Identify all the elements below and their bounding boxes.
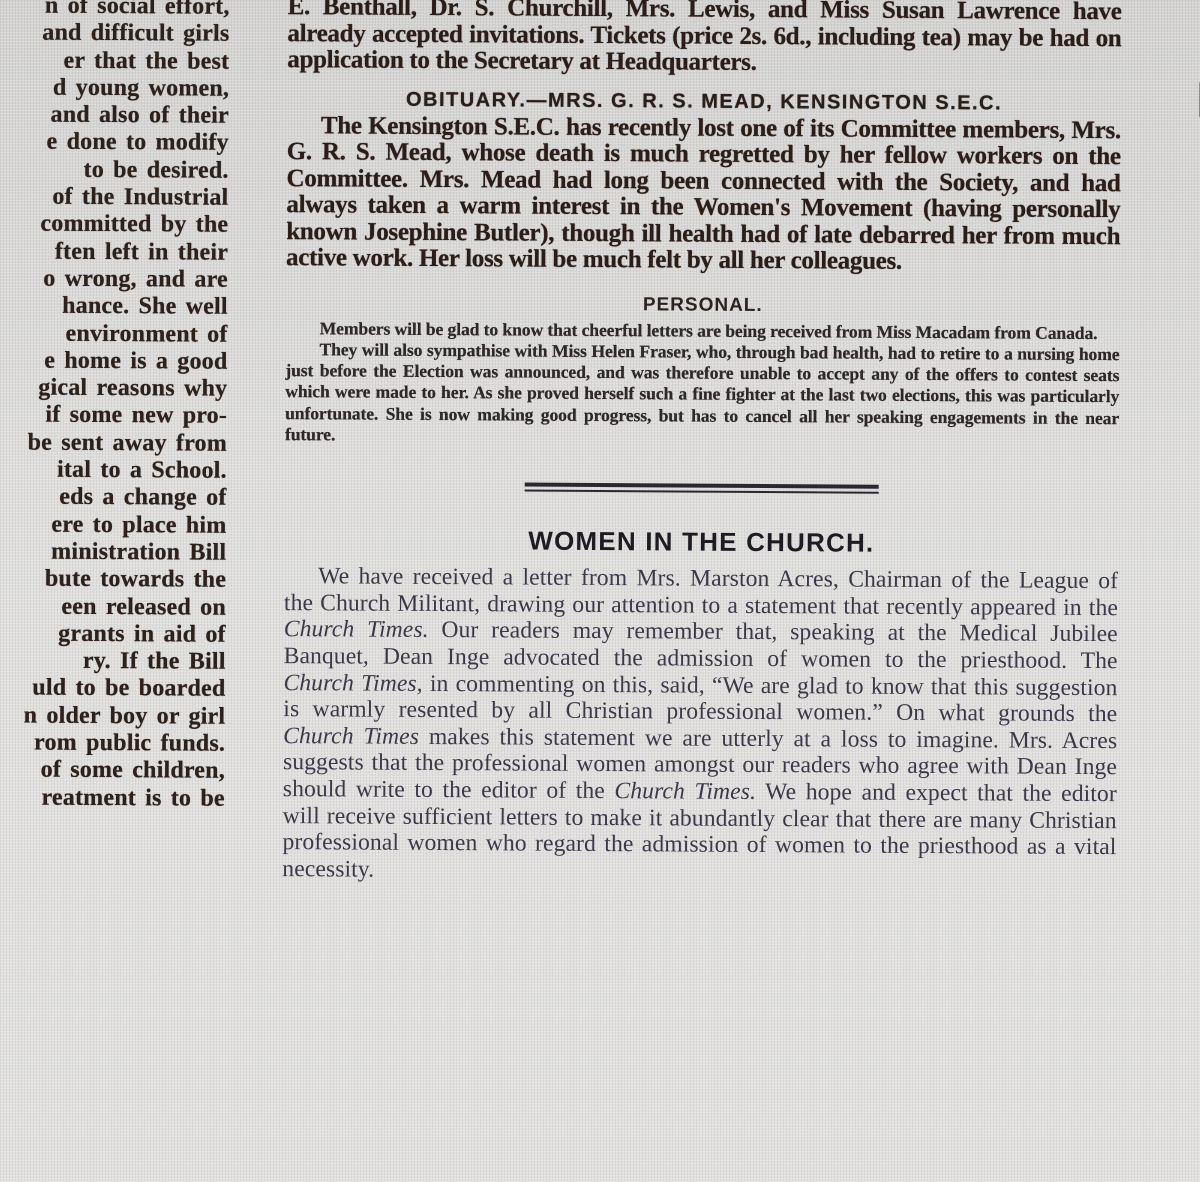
intro-paragraph: E. Benthall, Dr. S. Churchill, Mrs. Lewi… <box>287 0 1121 79</box>
text-line: committed by the <box>0 211 228 240</box>
publication-title: Church Times. <box>614 778 756 805</box>
obituary-text: The Kensington S.E.C. has recently lost … <box>286 113 1121 277</box>
personal-paragraph-2: They will also sympathise with Miss Hele… <box>285 339 1120 451</box>
text-line: to be desired. <box>0 156 229 185</box>
section-divider <box>525 483 879 494</box>
text-line: grants in aid of <box>0 620 226 649</box>
main-column: E. Benthall, Dr. S. Churchill, Mrs. Lewi… <box>282 0 1121 888</box>
text-line: ften left in their <box>0 238 228 267</box>
text-line: hance. She well <box>0 293 228 322</box>
text-line: and difficult girls <box>0 20 230 49</box>
text-line: environment of <box>0 320 228 349</box>
text-line: ministration Bill <box>0 538 226 567</box>
text-line: er that the best <box>0 47 229 76</box>
text-line: uld to be boarded <box>0 675 226 704</box>
text-line: gical reasons why <box>0 374 227 403</box>
text-line: n older boy or girl <box>0 702 225 731</box>
divider-thin-line <box>525 490 879 494</box>
text-line: and also of their <box>0 101 229 130</box>
text-line: of the Industrial <box>0 183 229 212</box>
text-line: ital to a School. <box>0 456 227 485</box>
text-line: een released on <box>0 593 226 622</box>
text-line: o wrong, and are <box>0 265 228 294</box>
publication-title: Church Times <box>283 723 419 750</box>
text-line: if some new pro- <box>0 402 227 431</box>
text-line: n of social effort, <box>0 0 230 21</box>
publication-title: Church Times. <box>284 617 429 644</box>
text-line: e home is a good <box>0 347 228 376</box>
text-line: ry. If the Bill <box>0 647 226 676</box>
text-line: eds a change of <box>0 484 227 513</box>
text-line: d young women, <box>0 74 229 103</box>
women-in-church-text: We have received a letter from Mrs. Mars… <box>282 563 1118 887</box>
newspaper-page: n of social effort,and difficult girlser… <box>0 0 1200 1182</box>
obituary-heading: OBITUARY.—MRS. G. R. S. MEAD, KENSINGTON… <box>287 88 1121 116</box>
text-line: rom public funds. <box>0 729 225 758</box>
text-line: reatment is to be <box>0 784 225 813</box>
text-line: be sent away from <box>0 429 227 458</box>
personal-heading: PERSONAL. <box>286 292 1120 319</box>
text-line: ere to place him <box>0 511 227 540</box>
text-segment: We have received a letter from Mrs. Mars… <box>284 564 1118 621</box>
text-line: e done to modify <box>0 129 229 158</box>
left-column-upper-text: n of social effort,and difficult girlser… <box>0 0 230 813</box>
publication-title: Church Times, <box>283 670 422 697</box>
women-in-church-heading: WOMEN IN THE CHURCH. <box>284 524 1118 560</box>
left-column: n of social effort,and difficult girlser… <box>0 0 230 813</box>
text-line: bute towards the <box>0 566 226 595</box>
text-line: of some children, <box>0 757 225 786</box>
divider-thick-line <box>525 483 879 489</box>
